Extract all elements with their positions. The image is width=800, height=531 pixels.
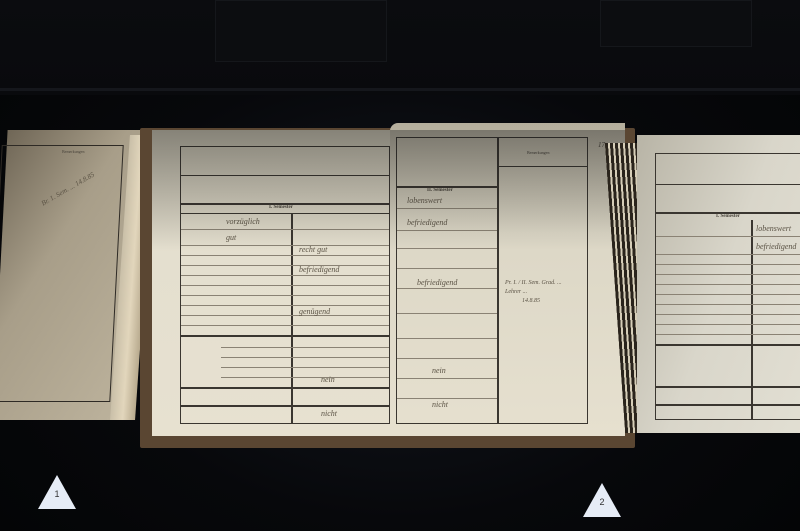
handwritten-entry: lobenswert (756, 224, 791, 233)
handwritten-entry: befriedigend (756, 242, 796, 251)
section-heading: II. Semester (427, 188, 453, 193)
handwritten-entry: lobenswert (407, 196, 442, 205)
handwritten-entry: gut (226, 233, 236, 242)
marker-number: 1 (52, 489, 62, 499)
handwritten-entry: recht gut (299, 245, 327, 254)
handwritten-entry: befriedigend (299, 265, 339, 274)
handwritten-entry: nein (432, 366, 446, 375)
ledger-right: I. Semester lobenswert befriedigend (615, 135, 800, 440)
handwritten-entry: nein (321, 375, 335, 384)
marker-number: 2 (597, 497, 607, 507)
handwritten-note: 14.8.85 (522, 298, 540, 304)
exhibit-marker-1: 1 (38, 475, 76, 509)
column-heading: Bemerkungen (527, 150, 549, 155)
ledger-grid: I. Semester vorzüglich gut recht gut bef… (180, 146, 390, 424)
ledger-grid (0, 145, 124, 402)
column-heading: Bemerkungen (62, 149, 84, 154)
handwritten-entry: befriedigend (417, 278, 457, 287)
handwritten-entry: befriedigend (407, 218, 447, 227)
handwritten-entry: genügend (299, 307, 330, 316)
ledger-left: Bemerkungen Br. 1. Sem. ... 14.8.85 (0, 125, 155, 430)
handwritten-note: Pr. I. / II. Sem. Grad. ... (505, 280, 562, 286)
glass-reflection (600, 0, 752, 47)
ledger-center: I. Semester vorzüglich gut recht gut bef… (140, 118, 635, 448)
handwritten-entry: vorzüglich (226, 217, 260, 226)
left-page: I. Semester vorzüglich gut recht gut bef… (152, 130, 392, 436)
ledger-grid: II. Semester Bemerkungen lobenswert befr… (396, 137, 588, 424)
page: I. Semester lobenswert befriedigend (637, 135, 800, 433)
section-heading: I. Semester (269, 205, 293, 210)
ledger-grid: I. Semester lobenswert befriedigend (655, 153, 800, 420)
display-case-edge (0, 88, 800, 91)
glass-reflection (215, 0, 387, 62)
right-page: 17 II. Semester Bemerkungen lobenswert b… (390, 123, 625, 436)
handwritten-entry: nicht (321, 409, 337, 418)
handwritten-note: Lehrer ... (505, 289, 527, 295)
handwritten-entry: nicht (432, 400, 448, 409)
exhibit-marker-2: 2 (583, 483, 621, 517)
section-heading: I. Semester (716, 214, 740, 219)
